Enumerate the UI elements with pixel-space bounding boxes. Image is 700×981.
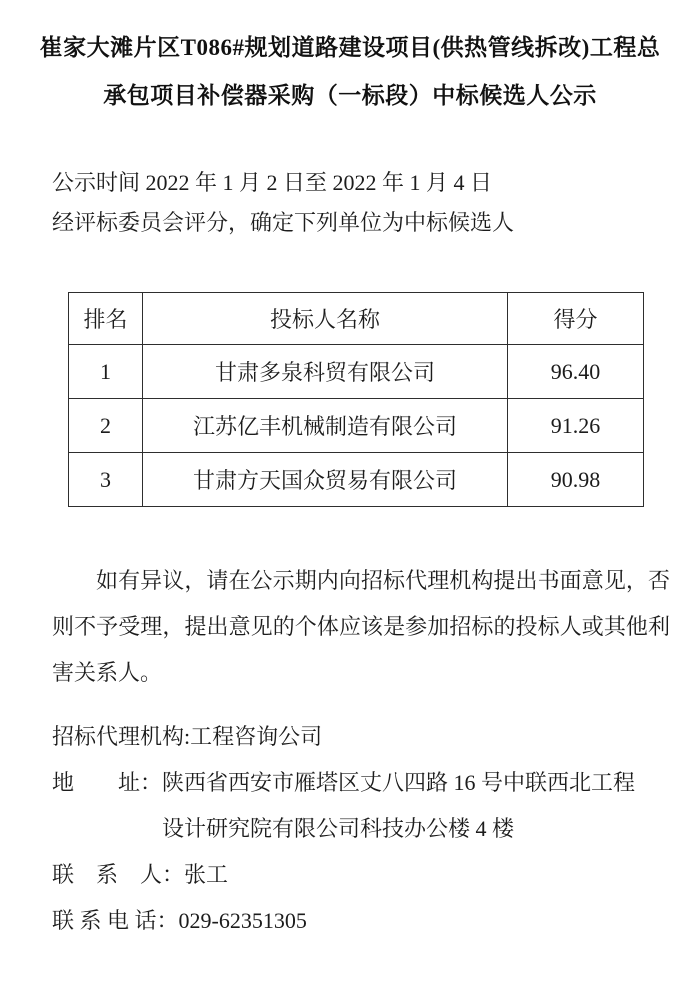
col-header-rank: 排名: [69, 293, 143, 345]
announcement-intro: 公示时间 2022 年 1 月 2 日至 2022 年 1 月 4 日 经评标委…: [52, 163, 670, 243]
bidder-name-cell: 甘肃方天国众贸易有限公司: [143, 453, 508, 507]
agency-value: 工程咨询公司: [190, 714, 322, 760]
rank-cell: 2: [69, 399, 143, 453]
score-cell: 90.98: [508, 453, 644, 507]
agency-line: 招标代理机构: 工程咨询公司: [52, 714, 670, 760]
contact-person-label: 联 系 人：: [52, 852, 184, 898]
title-line-1: 崔家大滩片区T086#规划道路建设项目(供热管线拆改)工程总: [40, 35, 661, 60]
evaluation-result-line: 经评标委员会评分，确定下列单位为中标候选人: [52, 203, 670, 243]
contact-section: 招标代理机构: 工程咨询公司 地 址： 陕西省西安市雁塔区丈八四路 16 号中联…: [52, 714, 670, 944]
col-header-score: 得分: [508, 293, 644, 345]
bid-candidates-table: 排名 投标人名称 得分 1 甘肃多泉科贸有限公司 96.40 2 江苏亿丰机械制…: [68, 292, 644, 507]
rank-cell: 3: [69, 453, 143, 507]
document-body: 公示时间 2022 年 1 月 2 日至 2022 年 1 月 4 日 经评标委…: [0, 163, 700, 944]
phone-value: 029-62351305: [179, 898, 307, 944]
title-line-2: 承包项目补偿器采购（一标段）中标候选人公示: [103, 83, 597, 108]
phone-label: 联 系 电 话：: [52, 898, 179, 944]
agency-label: 招标代理机构:: [52, 714, 190, 760]
phone-line: 联 系 电 话： 029-62351305: [52, 898, 670, 944]
contact-person-line: 联 系 人： 张工: [52, 852, 670, 898]
rank-cell: 1: [69, 345, 143, 399]
table-row: 2 江苏亿丰机械制造有限公司 91.26: [69, 399, 644, 453]
address-label: 地 址：: [52, 760, 162, 806]
table-row: 1 甘肃多泉科贸有限公司 96.40: [69, 345, 644, 399]
contact-person-value: 张工: [184, 852, 228, 898]
score-cell: 91.26: [508, 399, 644, 453]
table-row: 3 甘肃方天国众贸易有限公司 90.98: [69, 453, 644, 507]
bidder-name-cell: 甘肃多泉科贸有限公司: [143, 345, 508, 399]
col-header-bidder: 投标人名称: [143, 293, 508, 345]
score-cell: 96.40: [508, 345, 644, 399]
announcement-page: 崔家大滩片区T086#规划道路建设项目(供热管线拆改)工程总 承包项目补偿器采购…: [0, 0, 700, 981]
table-header-row: 排名 投标人名称 得分: [69, 293, 644, 345]
objection-paragraph: 如有异议，请在公示期内向招标代理机构提出书面意见，否则不予受理，提出意见的个体应…: [52, 558, 670, 696]
publicity-period-line: 公示时间 2022 年 1 月 2 日至 2022 年 1 月 4 日: [52, 163, 670, 203]
address-value-line-1: 陕西省西安市雁塔区丈八四路 16 号中联西北工程: [162, 760, 635, 806]
document-title: 崔家大滩片区T086#规划道路建设项目(供热管线拆改)工程总 承包项目补偿器采购…: [0, 24, 700, 120]
address-value: 陕西省西安市雁塔区丈八四路 16 号中联西北工程 设计研究院有限公司科技办公楼 …: [162, 760, 635, 852]
address-line: 地 址： 陕西省西安市雁塔区丈八四路 16 号中联西北工程 设计研究院有限公司科…: [52, 760, 670, 852]
address-value-line-2: 设计研究院有限公司科技办公楼 4 楼: [162, 806, 635, 852]
bidder-name-cell: 江苏亿丰机械制造有限公司: [143, 399, 508, 453]
